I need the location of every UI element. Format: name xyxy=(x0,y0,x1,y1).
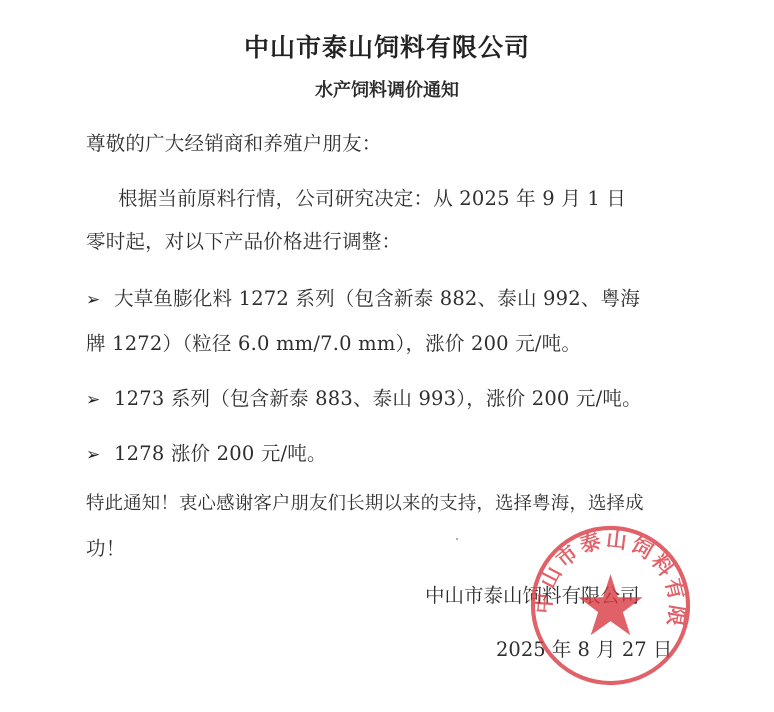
signature-date: 2025 年 8 月 27 日 xyxy=(496,634,672,662)
list-item: ➢1278 涨价 200 元/吨。 xyxy=(86,441,327,468)
arrow-bullet-icon: ➢ xyxy=(86,442,114,468)
intro-line-1: 根据当前原料行情，公司研究决定：从 2025 年 9 月 1 日 xyxy=(118,186,626,212)
intro-line-2: 零时起，对以下产品价格进行调整： xyxy=(86,229,401,255)
list-item: ➢1273 系列（包含新泰 883、泰山 993），涨价 200 元/吨。 xyxy=(86,386,642,413)
svg-text:中山市泰山饲料有限公司: 中山市泰山饲料有限公司 xyxy=(528,523,690,631)
closing-line-2: 功！ xyxy=(86,536,125,562)
arrow-bullet-icon: ➢ xyxy=(86,287,114,313)
seal-text: 中山市泰山饲料有限公司 xyxy=(528,523,690,631)
greeting: 尊敬的广大经销商和养殖户朋友： xyxy=(86,131,382,157)
scan-speck xyxy=(456,538,458,540)
list-item-text: 1278 涨价 200 元/吨。 xyxy=(114,442,327,465)
closing-line-1: 特此通知！衷心感谢客户朋友们长期以来的支持，选择粤海，选择成 xyxy=(86,491,644,517)
list-item: ➢大草鱼膨化料 1272 系列（包含新泰 882、泰山 992、粤海 xyxy=(86,286,640,313)
list-item-continuation: 牌 1272）（粒径 6.0 mm/7.0 mm），涨价 200 元/吨。 xyxy=(86,331,581,357)
list-item-text: 大草鱼膨化料 1272 系列（包含新泰 882、泰山 992、粤海 xyxy=(114,287,640,310)
list-item-text: 1273 系列（包含新泰 883、泰山 993），涨价 200 元/吨。 xyxy=(114,387,642,410)
notice-title: 水产饲料调价通知 xyxy=(0,76,774,102)
signature-company: 中山市泰山饲料有限公司 xyxy=(425,580,640,608)
arrow-bullet-icon: ➢ xyxy=(86,387,114,413)
notice-document: 中山市泰山饲料有限公司 水产饲料调价通知 尊敬的广大经销商和养殖户朋友： 根据当… xyxy=(0,0,774,712)
company-title: 中山市泰山饲料有限公司 xyxy=(0,28,774,64)
